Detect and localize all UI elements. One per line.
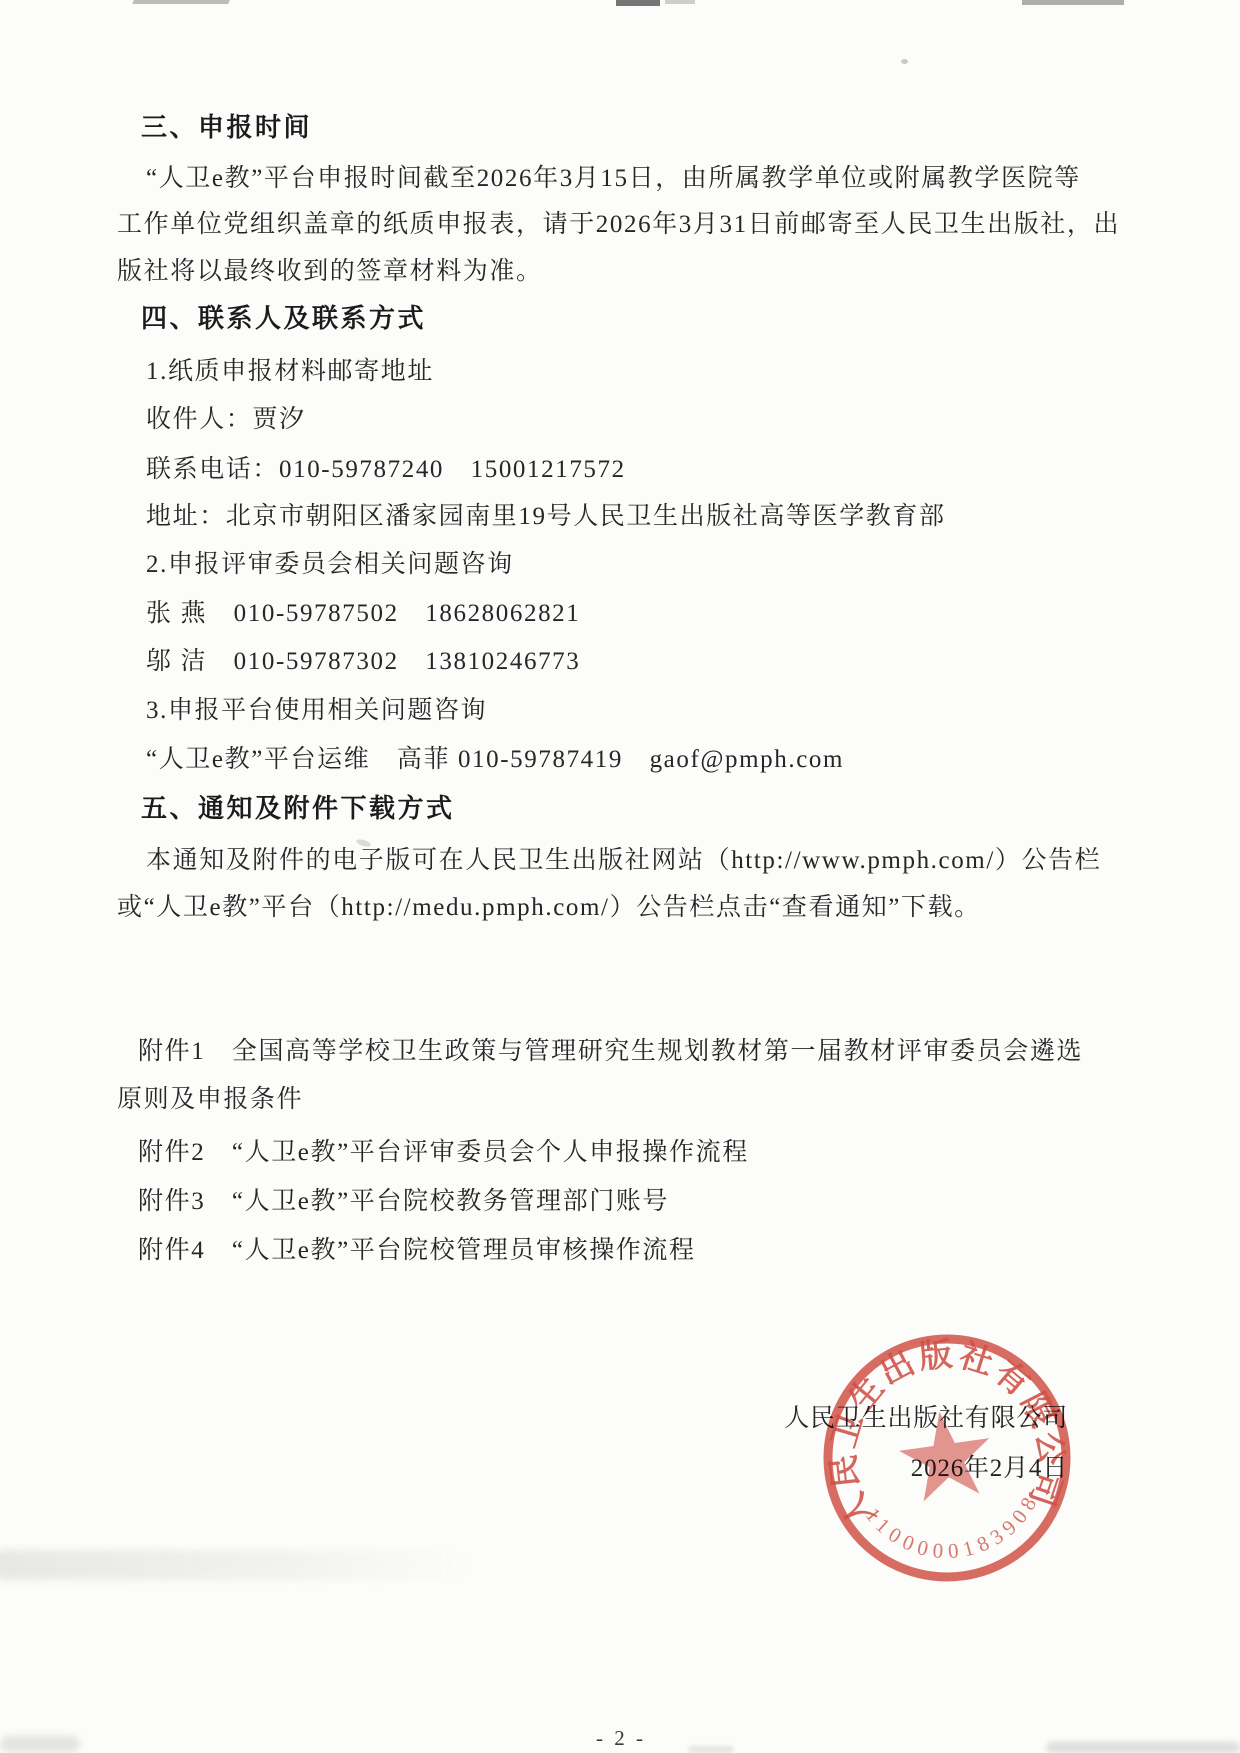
seal-star-icon	[894, 1405, 996, 1504]
scan-artifact	[901, 59, 908, 64]
attachment-line: 附件4 “人卫e教”平台院校管理员审核操作流程	[138, 1236, 696, 1266]
scan-artifact	[132, 0, 229, 4]
contact-line: 邬 洁 010-59787302 13810246773	[146, 647, 580, 677]
para-line: 或“人卫e教”平台（http://medu.pmph.com/）公告栏点击“查看…	[117, 893, 981, 923]
contact-line: 1.纸质申报材料邮寄地址	[146, 357, 434, 387]
contact-line: 联系电话：010-59787240 15001217572	[146, 455, 626, 485]
attachment-line: 附件3 “人卫e教”平台院校教务管理部门账号	[138, 1187, 669, 1217]
contact-line: 收件人：贾汐	[146, 405, 306, 435]
attachment-line: 原则及申报条件	[117, 1085, 303, 1115]
scan-artifact	[0, 1736, 80, 1752]
scan-artifact	[0, 1550, 470, 1580]
scan-artifact	[688, 1746, 734, 1753]
scanned-document-page: 三、申报时间 “人卫e教”平台申报时间截至2026年3月15日，由所属教学单位或…	[0, 0, 1240, 1753]
section-5-heading: 五、通知及附件下载方式	[141, 793, 455, 824]
contact-line: 地址：北京市朝阳区潘家园南里19号人民卫生出版社高等医学教育部	[146, 502, 946, 532]
para-line: 工作单位党组织盖章的纸质申报表，请于2026年3月31日前邮寄至人民卫生出版社，…	[117, 210, 1120, 240]
para-line: 版社将以最终收到的签章材料为准。	[117, 257, 543, 287]
scan-artifact	[1022, 0, 1124, 5]
contact-line: 3.申报平台使用相关问题咨询	[146, 696, 487, 726]
official-seal: 人民卫生出版社有限公司 1100000183908	[800, 1311, 1094, 1605]
attachment-line: 附件1 全国高等学校卫生政策与管理研究生规划教材第一届教材评审委员会遴选	[138, 1037, 1083, 1067]
section-3-heading: 三、申报时间	[141, 112, 312, 143]
scan-artifact	[665, 0, 695, 4]
scan-artifact	[1046, 1742, 1240, 1753]
para-line: 本通知及附件的电子版可在人民卫生出版社网站（http://www.pmph.co…	[146, 846, 1101, 876]
contact-line: 张 燕 010-59787502 18628062821	[146, 599, 580, 629]
contact-line: “人卫e教”平台运维 高菲 010-59787419 gaof@pmph.com	[146, 745, 844, 775]
contact-line: 2.申报评审委员会相关问题咨询	[146, 550, 514, 580]
attachment-line: 附件2 “人卫e教”平台评审委员会个人申报操作流程	[138, 1138, 749, 1168]
para-line: “人卫e教”平台申报时间截至2026年3月15日，由所属教学单位或附属教学医院等	[146, 164, 1081, 194]
section-4-heading: 四、联系人及联系方式	[141, 303, 426, 334]
scan-artifact	[616, 0, 660, 6]
page-number: - 2 -	[596, 1726, 646, 1751]
